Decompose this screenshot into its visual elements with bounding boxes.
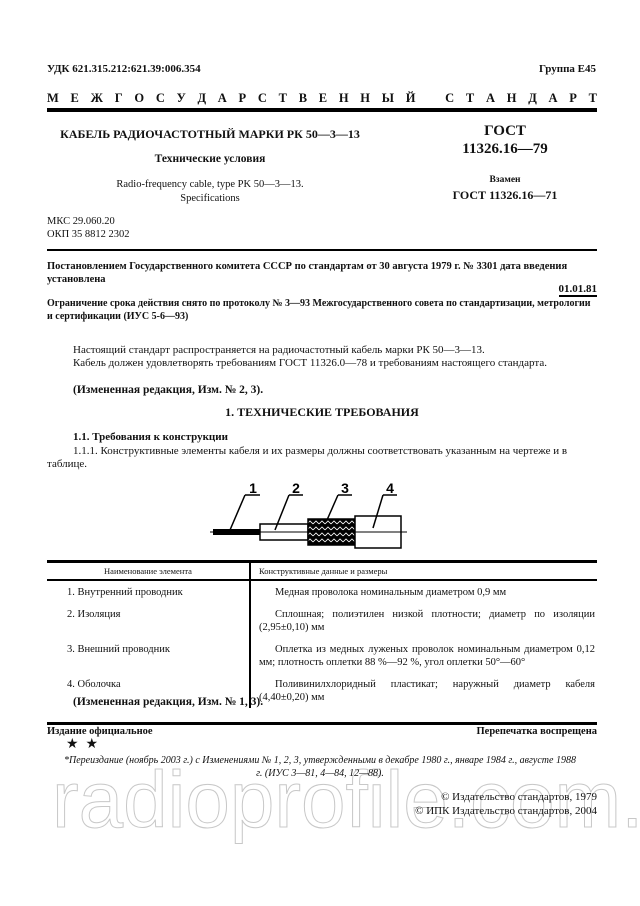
banner-letter: С (156, 91, 165, 106)
label-1: 1 (249, 480, 257, 496)
banner-letter: А (549, 91, 558, 106)
banner-letter: Ж (91, 91, 103, 106)
banner-letter: Т (466, 91, 474, 106)
element-data: Сплошная; полиэтилен низкой плотности; д… (259, 608, 595, 634)
header-rule (47, 108, 597, 112)
banner-letter: А (218, 91, 227, 106)
effective-date: 01.01.81 (559, 283, 598, 297)
mks-code: МКС 29.060.20 (47, 215, 130, 228)
subsection-heading: 1.1. Требования к конструкции (73, 431, 228, 443)
banner-letter: Ы (382, 91, 394, 106)
banner-letter: Й (406, 91, 416, 106)
banner-letter: Д (197, 91, 206, 106)
decree-text: Постановлением Государственного комитета… (47, 260, 597, 286)
star-icons: ★★ (66, 736, 105, 753)
intro-paragraph-2: Кабель должен удовлетворять требованиям … (47, 357, 597, 370)
section-heading: 1. ТЕХНИЧЕСКИЕ ТРЕБОВАНИЯ (47, 405, 597, 420)
inner-conductor-shape (213, 529, 265, 535)
banner-letter: Т (279, 91, 287, 106)
udk-code: УДК 621.315.212:621.39:006.354 (47, 63, 201, 75)
banner-letter: В (299, 91, 307, 106)
banner-letter: Н (507, 91, 517, 106)
element-data-cell: Медная проволока номинальным диаметром 0… (250, 580, 597, 603)
element-name: 2. Изоляция (47, 603, 250, 638)
label-4: 4 (386, 480, 394, 496)
label-3: 3 (341, 480, 349, 496)
interstate-standard-banner: МЕЖГОСУДАРСТВЕННЫЙ СТАНДАРТ (47, 91, 597, 106)
codes-rule (47, 249, 597, 251)
element-data-cell: Оплетка из медных луженых проволок номин… (250, 638, 597, 673)
banner-letter: О (134, 91, 144, 106)
classification-codes: МКС 29.060.20 ОКП 35 8812 2302 (47, 215, 130, 241)
element-name: 3. Внешний проводник (47, 638, 250, 673)
english-title-line1: Radio-frequency cable, type PK 50—3—13. (60, 178, 360, 192)
element-data-cell: Сплошная; полиэтилен низкой плотности; д… (250, 603, 597, 638)
gost-label: ГОСТ (420, 122, 590, 140)
element-data: Медная проволока номинальным диаметром 0… (259, 586, 595, 599)
replaces-label: Взамен (420, 175, 590, 185)
banner-letter: Г (115, 91, 123, 106)
table-row: 2. ИзоляцияСплошная; полиэтилен низкой п… (47, 603, 597, 638)
banner-letter: Т (589, 91, 597, 106)
outer-conductor-shape (308, 519, 355, 545)
element-data: Поливинилхлоридный пластикат; наружный д… (259, 678, 595, 704)
construction-table: Наименование элемента Конструктивные дан… (47, 563, 597, 708)
banner-letter: Н (339, 91, 349, 106)
cable-cross-section-diagram: 1 2 3 4 (205, 478, 415, 553)
amendment-note-2: (Измененная редакция, Изм. № 1, 3). (73, 696, 263, 708)
replaces-number: ГОСТ 11326.16—71 (420, 188, 590, 203)
banner-letter: А (486, 91, 495, 106)
banner-letter: Д (528, 91, 537, 106)
gost-designation: ГОСТ 11326.16—79 (420, 122, 590, 158)
element-data-cell: Поливинилхлоридный пластикат; наружный д… (250, 673, 597, 708)
gost-number: 11326.16—79 (420, 140, 590, 158)
limit-removed-text: Ограничение срока действия снято по прот… (47, 298, 597, 323)
column-header-data: Конструктивные данные и размеры (250, 563, 597, 580)
banner-letter: С (258, 91, 267, 106)
column-header-element: Наименование элемента (47, 563, 250, 580)
banner-letter: Е (319, 91, 327, 106)
banner-letter: С (445, 91, 454, 106)
banner-letter (427, 91, 433, 106)
english-title: Radio-frequency cable, type PK 50—3—13. … (60, 178, 360, 206)
banner-letter: Р (569, 91, 577, 106)
footer-rule (47, 722, 597, 725)
okp-code: ОКП 35 8812 2302 (47, 228, 130, 241)
element-data: Оплетка из медных луженых проволок номин… (259, 643, 595, 669)
banner-letter: М (47, 91, 59, 106)
english-title-line2: Specifications (60, 192, 360, 206)
intro-paragraph-1: Настоящий стандарт распространяется на р… (47, 344, 597, 357)
group-code: Группа Е45 (539, 63, 596, 75)
reprint-prohibited: Перепечатка воспрещена (477, 726, 597, 737)
clause-text: 1.1.1. Конструктивные элементы кабеля и … (47, 445, 597, 471)
reprint-note: *Переиздание (ноябрь 2003 г.) с Изменени… (60, 754, 580, 780)
amendment-note-1: (Измененная редакция, Изм. № 2, 3). (73, 384, 263, 396)
copyright-2004: © ИПК Издательство стандартов, 2004 (297, 805, 597, 817)
table-row: 3. Внешний проводникОплетка из медных лу… (47, 638, 597, 673)
element-name: 1. Внутренний проводник (47, 580, 250, 603)
banner-letter: У (177, 91, 186, 106)
document-subtitle: Технические условия (60, 153, 360, 165)
banner-letter: Р (239, 91, 247, 106)
banner-letter: Е (71, 91, 79, 106)
document-title: КАБЕЛЬ РАДИОЧАСТОТНЫЙ МАРКИ РК 50—3—13 (60, 127, 360, 142)
copyright-1979: © Издательство стандартов, 1979 (297, 791, 597, 803)
banner-letter: Н (360, 91, 370, 106)
label-2: 2 (292, 480, 300, 496)
table-row: 1. Внутренний проводникМедная проволока … (47, 580, 597, 603)
